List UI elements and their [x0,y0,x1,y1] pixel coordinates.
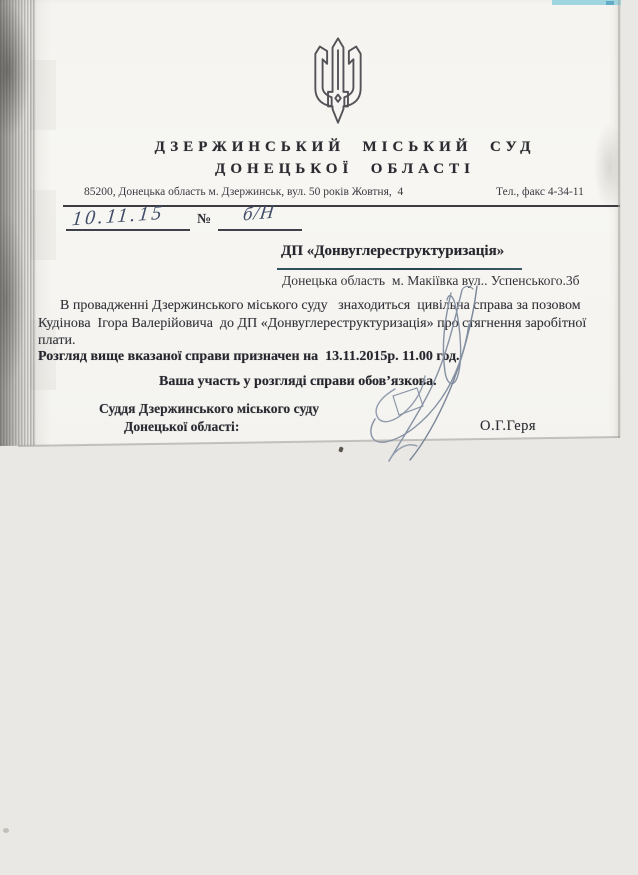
court-phone: Тел., факс 4-34-11 [496,186,584,198]
number-symbol: № [197,212,211,228]
scan-speck [338,446,343,452]
handwritten-number: б/Н [242,201,276,226]
scan-artifact-blue-speck [606,1,614,5]
court-address: 85200, Донецька область м. Дзержинськ, в… [84,186,403,198]
letter-paper: ДЗЕРЖИНСЬКИЙ МІСЬКИЙ СУД ДОНЕЦЬКОЇ ОБЛАС… [0,0,621,447]
scan-artifact-cyan-strip [552,0,638,5]
court-name-line1: ДЗЕРЖИНСЬКИЙ МІСЬКИЙ СУД [60,136,630,158]
signature-scribble [365,284,515,470]
scan-speck-bottom-left [3,828,9,833]
judge-title-line1: Суддя Дзержинського міського суду [99,401,319,417]
scan-artifact-blue-dot [624,112,629,116]
judge-title-line2: Донецької області: [124,419,239,435]
addressee-name: ДП «Донвуглереструктуризація» [281,243,504,260]
number-underline [218,229,302,231]
scanner-streak-left-faint [30,0,56,446]
addressee-underline [277,268,522,270]
paper-right-edge [618,0,620,438]
court-letterhead: ДЗЕРЖИНСЬКИЙ МІСЬКИЙ СУД ДОНЕЦЬКОЇ ОБЛАС… [60,136,630,180]
scanned-letter: ДЗЕРЖИНСЬКИЙ МІСЬКИЙ СУД ДОНЕЦЬКОЇ ОБЛАС… [0,0,638,875]
trident-emblem-icon [309,36,367,126]
date-underline [66,229,190,231]
court-name-line2: ДОНЕЦЬКОЇ ОБЛАСТІ [60,158,630,180]
